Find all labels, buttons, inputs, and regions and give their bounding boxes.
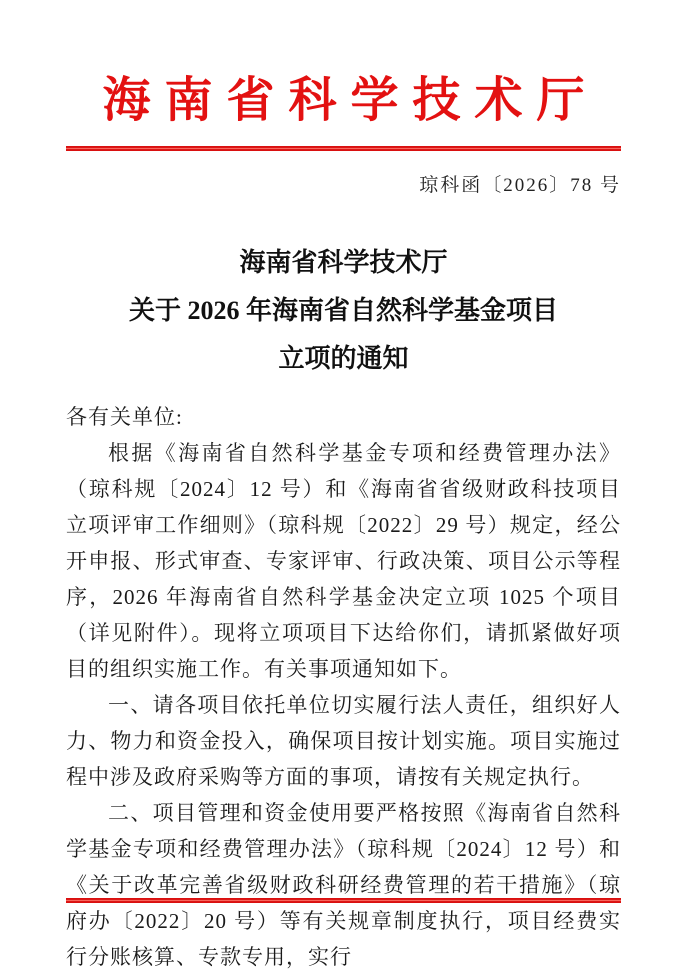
document-title-line-1: 海南省科学技术厅 bbox=[0, 239, 687, 287]
document-title-line-2: 关于 2026 年海南省自然科学基金项目 bbox=[0, 287, 687, 335]
body-paragraph: 根据《海南省自然科学基金专项和经费管理办法》（琼科规〔2024〕12 号）和《海… bbox=[66, 435, 621, 687]
body-paragraphs: 根据《海南省自然科学基金专项和经费管理办法》（琼科规〔2024〕12 号）和《海… bbox=[66, 435, 621, 972]
letterhead-agency-name: 海南省科学技术厅 bbox=[0, 0, 687, 130]
page-bottom-red-divider bbox=[66, 898, 621, 903]
document-body: 各有关单位: 根据《海南省自然科学基金专项和经费管理办法》（琼科规〔2024〕1… bbox=[66, 399, 621, 972]
document-title: 海南省科学技术厅 关于 2026 年海南省自然科学基金项目 立项的通知 bbox=[0, 239, 687, 383]
document-reference-number: 琼科函〔2026〕78 号 bbox=[66, 173, 621, 199]
body-paragraph: 二、项目管理和资金使用要严格按照《海南省自然科学基金专项和经费管理办法》（琼科规… bbox=[66, 795, 621, 972]
official-document-page: 海南省科学技术厅 琼科函〔2026〕78 号 海南省科学技术厅 关于 2026 … bbox=[0, 0, 687, 972]
salutation: 各有关单位: bbox=[66, 399, 621, 435]
body-paragraph: 一、请各项目依托单位切实履行法人责任，组织好人力、物力和资金投入，确保项目按计划… bbox=[66, 687, 621, 795]
document-title-line-3: 立项的通知 bbox=[0, 335, 687, 383]
letterhead-red-divider bbox=[66, 146, 621, 151]
